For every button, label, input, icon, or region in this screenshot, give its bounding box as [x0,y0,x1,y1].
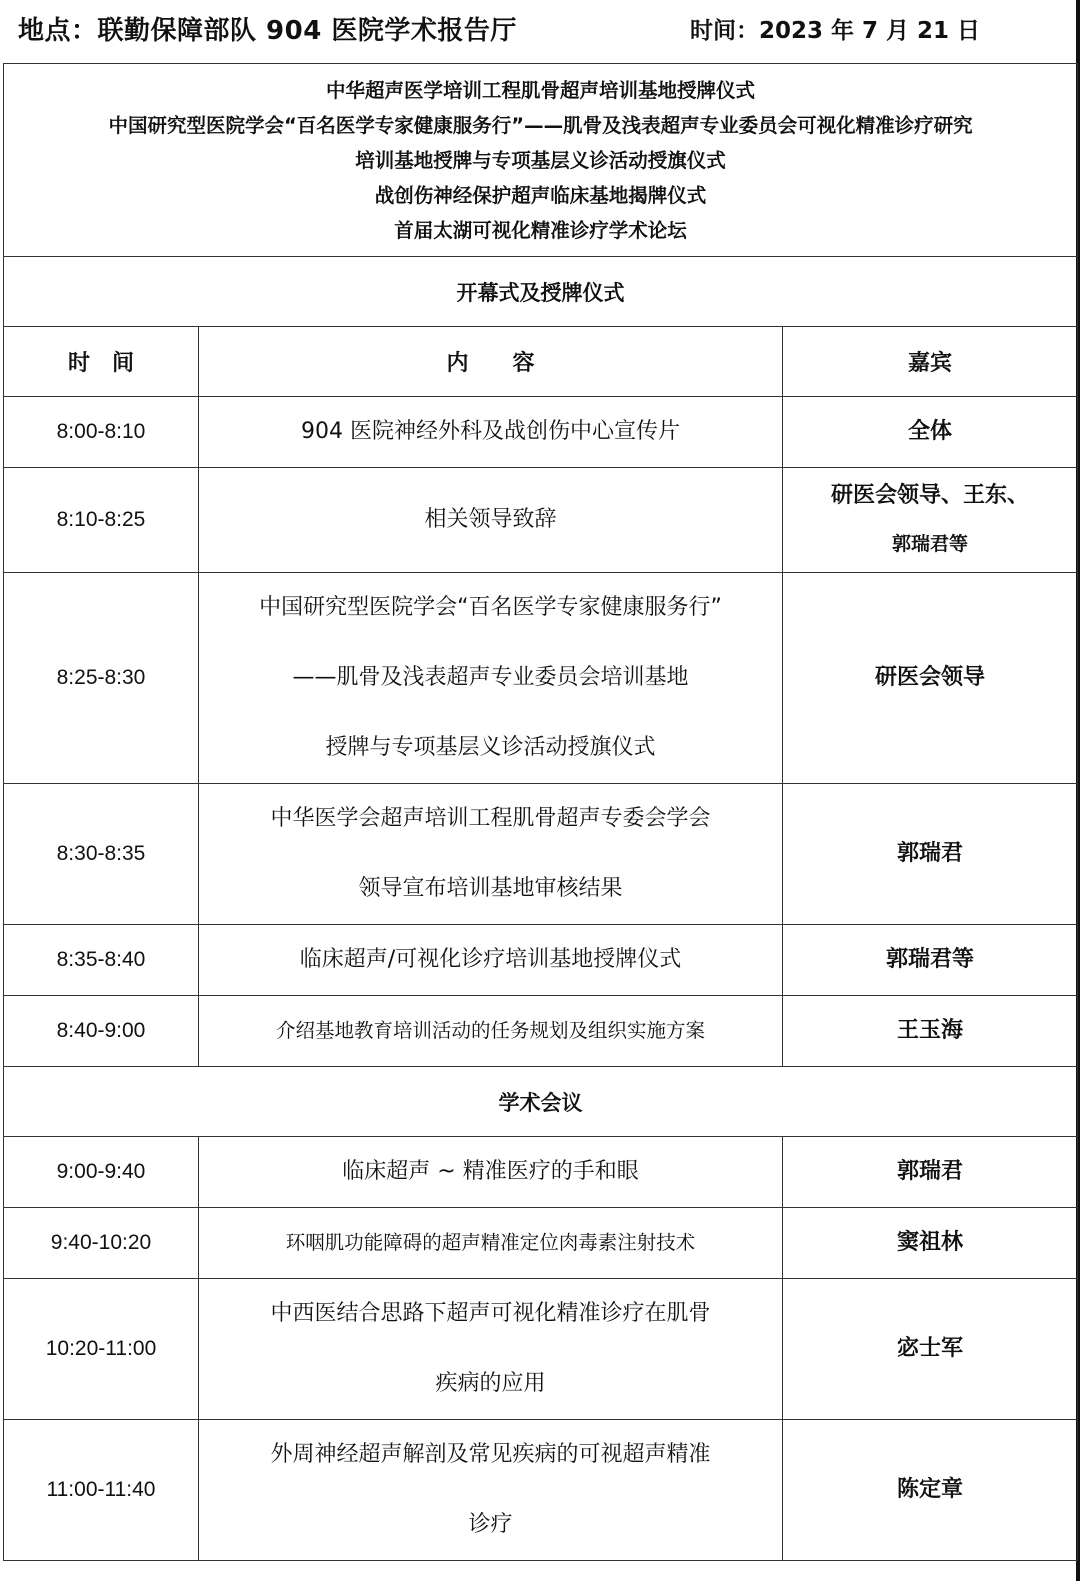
guest-cell: 陈定章 [783,1420,1078,1561]
content-line: 临床超声/可视化诊疗培训基地授牌仪式 [199,925,782,995]
guest-line: 陈定章 [783,1466,1077,1514]
time-cell: 8:25-8:30 [4,573,199,784]
event-title: 中华超声医学培训工程肌骨超声培训基地授牌仪式 [4,73,1077,108]
guest-line: 宓士军 [783,1325,1077,1373]
event-titles: 中华超声医学培训工程肌骨超声培训基地授牌仪式 中国研究型医院学会“百名医学专家健… [4,64,1078,257]
guest-line: 窦祖林 [783,1219,1077,1267]
content-cell: 外周神经超声解剖及常见疾病的可视超声精准 诊疗 [199,1420,783,1561]
table-row: 11:00-11:40 外周神经超声解剖及常见疾病的可视超声精准 诊疗 陈定章 [4,1420,1078,1561]
content-line: 中华医学会超声培训工程肌骨超声专委会学会 [199,784,782,854]
content-cell: 临床超声 ~ 精准医疗的手和眼 [199,1137,783,1208]
event-title: 首届太湖可视化精准诊疗学术论坛 [4,213,1077,248]
column-header-content: 内 容 [199,327,783,397]
content-line: 介绍基地教育培训活动的任务规划及组织实施方案 [199,996,782,1066]
content-line: 临床超声 ~ 精准医疗的手和眼 [199,1137,782,1207]
guest-cell: 宓士军 [783,1279,1078,1420]
content-cell: 中华医学会超声培训工程肌骨超声专委会学会 领导宣布培训基地审核结果 [199,784,783,925]
content-cell: 介绍基地教育培训活动的任务规划及组织实施方案 [199,996,783,1067]
guest-cell: 研医会领导 [783,573,1078,784]
content-line: 诊疗 [199,1490,782,1560]
content-line: 外周神经超声解剖及常见疾病的可视超声精准 [199,1420,782,1490]
event-titles-row: 中华超声医学培训工程肌骨超声培训基地授牌仪式 中国研究型医院学会“百名医学专家健… [4,64,1078,257]
table-row: 8:40-9:00 介绍基地教育培训活动的任务规划及组织实施方案 王玉海 [4,996,1078,1067]
time-cell: 8:30-8:35 [4,784,199,925]
guest-line: 王玉海 [783,1007,1077,1055]
guest-cell: 全体 [783,397,1078,468]
content-line: ——肌骨及浅表超声专业委员会培训基地 [199,643,782,713]
content-line: 领导宣布培训基地审核结果 [199,854,782,924]
content-cell: 环咽肌功能障碍的超声精准定位肉毒素注射技术 [199,1208,783,1279]
content-cell: 临床超声/可视化诊疗培训基地授牌仪式 [199,925,783,996]
column-header-time: 时 间 [4,327,199,397]
table-row: 10:20-11:00 中西医结合思路下超声可视化精准诊疗在肌骨 疾病的应用 宓… [4,1279,1078,1420]
event-title: 中国研究型医院学会“百名医学专家健康服务行”——肌骨及浅表超声专业委员会可视化精… [4,108,1077,143]
guest-line: 郭瑞君等 [783,520,1077,568]
content-line: 904 医院神经外科及战创伤中心宣传片 [199,397,782,467]
guest-cell: 研医会领导、王东、 郭瑞君等 [783,468,1078,573]
time-cell: 8:00-8:10 [4,397,199,468]
section-title: 学术会议 [4,1067,1078,1137]
table-row: 8:25-8:30 中国研究型医院学会“百名医学专家健康服务行” ——肌骨及浅表… [4,573,1078,784]
event-title: 战创伤神经保护超声临床基地揭牌仪式 [4,178,1077,213]
table-row: 9:00-9:40 临床超声 ~ 精准医疗的手和眼 郭瑞君 [4,1137,1078,1208]
content-cell: 中西医结合思路下超声可视化精准诊疗在肌骨 疾病的应用 [199,1279,783,1420]
content-line: 相关领导致辞 [199,485,782,555]
event-title: 培训基地授牌与专项基层义诊活动授旗仪式 [4,143,1077,178]
guest-line: 研医会领导 [783,654,1077,702]
content-cell: 中国研究型医院学会“百名医学专家健康服务行” ——肌骨及浅表超声专业委员会培训基… [199,573,783,784]
date-label: 时间：2023 年 7 月 21 日 [690,12,980,45]
table-row: 9:40-10:20 环咽肌功能障碍的超声精准定位肉毒素注射技术 窦祖林 [4,1208,1078,1279]
content-line: 环咽肌功能障碍的超声精准定位肉毒素注射技术 [199,1208,782,1278]
time-cell: 9:00-9:40 [4,1137,199,1208]
page-header: 地点：联勤保障部队 904 医院学术报告厅 时间：2023 年 7 月 21 日 [0,0,1076,58]
table-row: 8:10-8:25 相关领导致辞 研医会领导、王东、 郭瑞君等 [4,468,1078,573]
time-cell: 8:35-8:40 [4,925,199,996]
table-row: 8:00-8:10 904 医院神经外科及战创伤中心宣传片 全体 [4,397,1078,468]
time-cell: 10:20-11:00 [4,1279,199,1420]
content-line: 中国研究型医院学会“百名医学专家健康服务行” [199,573,782,643]
time-cell: 9:40-10:20 [4,1208,199,1279]
location-label: 地点：联勤保障部队 904 医院学术报告厅 [18,10,517,47]
schedule-table: 中华超声医学培训工程肌骨超声培训基地授牌仪式 中国研究型医院学会“百名医学专家健… [3,63,1078,1561]
table-row: 8:30-8:35 中华医学会超声培训工程肌骨超声专委会学会 领导宣布培训基地审… [4,784,1078,925]
content-line: 授牌与专项基层义诊活动授旗仪式 [199,713,782,783]
column-header-guest: 嘉宾 [783,327,1078,397]
guest-cell: 窦祖林 [783,1208,1078,1279]
guest-line: 郭瑞君 [783,830,1077,878]
content-line: 中西医结合思路下超声可视化精准诊疗在肌骨 [199,1279,782,1349]
column-header-row: 时 间 内 容 嘉宾 [4,327,1078,397]
guest-line: 全体 [783,408,1077,456]
guest-line: 郭瑞君等 [783,936,1077,984]
section-header-opening: 开幕式及授牌仪式 [4,257,1078,327]
time-cell: 8:10-8:25 [4,468,199,573]
guest-line: 研医会领导、王东、 [783,472,1077,520]
section-header-academic: 学术会议 [4,1067,1078,1137]
guest-cell: 郭瑞君 [783,1137,1078,1208]
content-cell: 904 医院神经外科及战创伤中心宣传片 [199,397,783,468]
content-line: 疾病的应用 [199,1349,782,1419]
table-row: 8:35-8:40 临床超声/可视化诊疗培训基地授牌仪式 郭瑞君等 [4,925,1078,996]
time-cell: 11:00-11:40 [4,1420,199,1561]
guest-line: 郭瑞君 [783,1148,1077,1196]
content-cell: 相关领导致辞 [199,468,783,573]
section-title: 开幕式及授牌仪式 [4,257,1078,327]
guest-cell: 郭瑞君 [783,784,1078,925]
guest-cell: 郭瑞君等 [783,925,1078,996]
time-cell: 8:40-9:00 [4,996,199,1067]
guest-cell: 王玉海 [783,996,1078,1067]
